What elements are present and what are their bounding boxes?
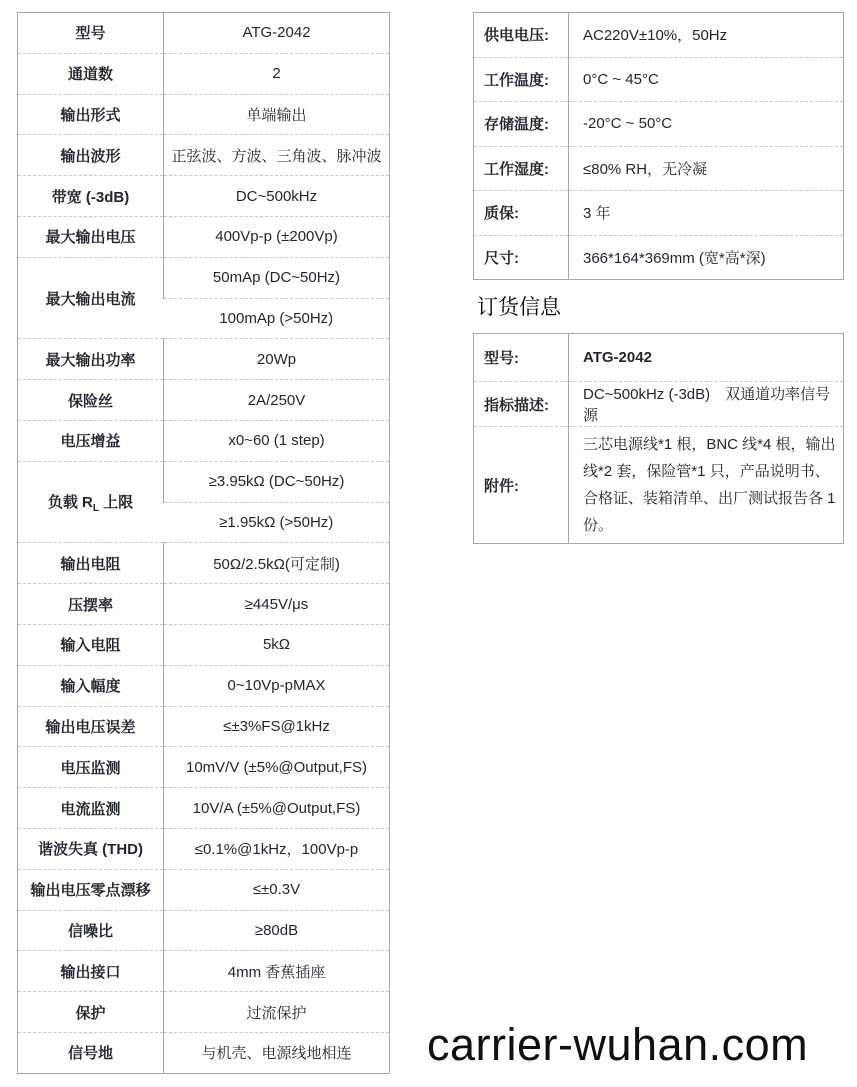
table-row: 尺寸: 366*164*369mm (宽*高*深) — [474, 235, 844, 280]
spec-label-current-monitor: 电流监测 — [18, 788, 164, 829]
load-label-pre: 负载 R — [48, 494, 93, 511]
spec-value-output-connector: 4mm 香蕉插座 — [164, 951, 390, 992]
spec-label-protection: 保护 — [18, 992, 164, 1033]
spec-value-max-power: 20Wp — [164, 339, 390, 380]
spec-value-model: ATG-2042 — [164, 13, 390, 54]
spec-value-zero-drift: ≤±0.3V — [164, 869, 390, 910]
spec-label-voltage-gain: 电压增益 — [18, 420, 164, 461]
table-row: 工作温度: 0°C ~ 45°C — [474, 57, 844, 102]
spec-value-waveforms: 正弦波、方波、三角波、脉冲波 — [164, 135, 390, 176]
table-row: 工作湿度: ≤80% RH，无冷凝 — [474, 146, 844, 191]
env-value-dimensions: 366*164*369mm (宽*高*深) — [569, 235, 844, 280]
spec-value-load-limit-1: ≥3.95kΩ (DC~50Hz) — [164, 461, 390, 502]
spec-value-channels: 2 — [164, 53, 390, 94]
table-row: 输出电阻 50Ω/2.5kΩ(可定制) — [18, 543, 390, 584]
table-row: 输出电压零点漂移 ≤±0.3V — [18, 869, 390, 910]
env-label-storage-temp: 存储温度: — [474, 102, 569, 147]
order-value-model: ATG-2042 — [569, 334, 844, 382]
env-value-operating-temp: 0°C ~ 45°C — [569, 57, 844, 102]
table-row: 保险丝 2A/250V — [18, 380, 390, 421]
spec-value-load-limit-2: ≥1.95kΩ (>50Hz) — [164, 502, 390, 543]
spec-value-bandwidth: DC~500kHz — [164, 176, 390, 217]
table-row: 输出波形 正弦波、方波、三角波、脉冲波 — [18, 135, 390, 176]
table-row: 型号 ATG-2042 — [18, 13, 390, 54]
table-row: 附件: 三芯电源线*1 根，BNC 线*4 根，输出线*2 套，保险管*1 只，… — [474, 427, 844, 544]
spec-value-thd: ≤0.1%@1kHz，100Vp-p — [164, 828, 390, 869]
table-row: 负载 RL 上限 ≥3.95kΩ (DC~50Hz) — [18, 461, 390, 502]
table-row: 保护 过流保护 — [18, 992, 390, 1033]
spec-label-slew-rate: 压摆率 — [18, 584, 164, 625]
table-row: 供电电压: AC220V±10%，50Hz — [474, 13, 844, 58]
env-label-supply-voltage: 供电电压: — [474, 13, 569, 58]
table-row: 电流监测 10V/A (±5%@Output,FS) — [18, 788, 390, 829]
env-value-humidity: ≤80% RH，无冷凝 — [569, 146, 844, 191]
spec-label-input-resistance: 输入电阻 — [18, 624, 164, 665]
table-row: 输出形式 单端输出 — [18, 94, 390, 135]
table-row: 输入幅度 0~10Vp-pMAX — [18, 665, 390, 706]
spec-label-channels: 通道数 — [18, 53, 164, 94]
table-row: 存储温度: -20°C ~ 50°C — [474, 102, 844, 147]
env-value-supply-voltage: AC220V±10%，50Hz — [569, 13, 844, 58]
spec-value-voltage-error: ≤±3%FS@1kHz — [164, 706, 390, 747]
load-label-post: 上限 — [99, 494, 133, 511]
table-row: 电压增益 x0~60 (1 step) — [18, 420, 390, 461]
spec-label-output-form: 输出形式 — [18, 94, 164, 135]
table-row: 输出电压误差 ≤±3%FS@1kHz — [18, 706, 390, 747]
spec-table: 型号 ATG-2042 通道数 2 输出形式 单端输出 输出波形 正弦波、方波、… — [17, 12, 390, 1074]
ordering-table: 型号: ATG-2042 指标描述: DC~500kHz (-3dB) 双通道功… — [473, 333, 844, 544]
spec-label-signal-ground: 信号地 — [18, 1032, 164, 1073]
table-row: 输入电阻 5kΩ — [18, 624, 390, 665]
env-value-warranty: 3 年 — [569, 191, 844, 236]
spec-label-zero-drift: 输出电压零点漂移 — [18, 869, 164, 910]
spec-label-max-current: 最大输出电流 — [18, 257, 164, 339]
table-row: 通道数 2 — [18, 53, 390, 94]
spec-label-fuse: 保险丝 — [18, 380, 164, 421]
table-row: 压摆率 ≥445V/μs — [18, 584, 390, 625]
spec-value-fuse: 2A/250V — [164, 380, 390, 421]
table-row: 输出接口 4mm 香蕉插座 — [18, 951, 390, 992]
spec-label-input-amplitude: 输入幅度 — [18, 665, 164, 706]
spec-value-max-current-2: 100mAp (>50Hz) — [164, 298, 390, 339]
spec-label-snr: 信噪比 — [18, 910, 164, 951]
spec-sheet-page: 型号 ATG-2042 通道数 2 输出形式 单端输出 输出波形 正弦波、方波、… — [0, 0, 857, 1087]
table-row: 带宽 (-3dB) DC~500kHz — [18, 176, 390, 217]
spec-value-signal-ground: 与机壳、电源线地相连 — [164, 1032, 390, 1073]
env-label-humidity: 工作湿度: — [474, 146, 569, 191]
table-row: 质保: 3 年 — [474, 191, 844, 236]
spec-value-max-voltage: 400Vp-p (±200Vp) — [164, 216, 390, 257]
table-row: 最大输出功率 20Wp — [18, 339, 390, 380]
spec-value-output-resistance: 50Ω/2.5kΩ(可定制) — [164, 543, 390, 584]
spec-value-output-form: 单端输出 — [164, 94, 390, 135]
spec-value-protection: 过流保护 — [164, 992, 390, 1033]
table-row: 信号地 与机壳、电源线地相连 — [18, 1032, 390, 1073]
spec-label-voltage-error: 输出电压误差 — [18, 706, 164, 747]
order-label-accessories: 附件: — [474, 427, 569, 544]
spec-value-input-resistance: 5kΩ — [164, 624, 390, 665]
env-label-operating-temp: 工作温度: — [474, 57, 569, 102]
spec-label-model: 型号 — [18, 13, 164, 54]
spec-value-snr: ≥80dB — [164, 910, 390, 951]
table-row: 型号: ATG-2042 — [474, 334, 844, 382]
table-row: 谐波失真 (THD) ≤0.1%@1kHz，100Vp-p — [18, 828, 390, 869]
spec-value-voltage-monitor: 10mV/V (±5%@Output,FS) — [164, 747, 390, 788]
spec-value-max-current-1: 50mAp (DC~50Hz) — [164, 257, 390, 298]
order-label-model: 型号: — [474, 334, 569, 382]
table-row: 指标描述: DC~500kHz (-3dB) 双通道功率信号源 — [474, 382, 844, 427]
spec-label-output-resistance: 输出电阻 — [18, 543, 164, 584]
spec-label-thd: 谐波失真 (THD) — [18, 828, 164, 869]
spec-label-voltage-monitor: 电压监测 — [18, 747, 164, 788]
order-value-description: DC~500kHz (-3dB) 双通道功率信号源 — [569, 382, 844, 427]
spec-value-voltage-gain: x0~60 (1 step) — [164, 420, 390, 461]
env-table: 供电电压: AC220V±10%，50Hz 工作温度: 0°C ~ 45°C 存… — [473, 12, 844, 280]
spec-label-max-voltage: 最大输出电压 — [18, 216, 164, 257]
env-label-dimensions: 尺寸: — [474, 235, 569, 280]
ordering-info-title: 订货信息 — [477, 291, 561, 321]
env-value-storage-temp: -20°C ~ 50°C — [569, 102, 844, 147]
env-label-warranty: 质保: — [474, 191, 569, 236]
spec-label-waveforms: 输出波形 — [18, 135, 164, 176]
order-value-accessories: 三芯电源线*1 根，BNC 线*4 根，输出线*2 套，保险管*1 只，产品说明… — [569, 427, 844, 544]
table-row: 电压监测 10mV/V (±5%@Output,FS) — [18, 747, 390, 788]
table-row: 最大输出电压 400Vp-p (±200Vp) — [18, 216, 390, 257]
table-row: 信噪比 ≥80dB — [18, 910, 390, 951]
spec-label-bandwidth: 带宽 (-3dB) — [18, 176, 164, 217]
watermark-text: carrier-wuhan.com — [427, 1019, 808, 1071]
spec-value-input-amplitude: 0~10Vp-pMAX — [164, 665, 390, 706]
spec-label-load-limit: 负载 RL 上限 — [18, 461, 164, 543]
spec-label-output-connector: 输出接口 — [18, 951, 164, 992]
spec-value-current-monitor: 10V/A (±5%@Output,FS) — [164, 788, 390, 829]
table-row: 最大输出电流 50mAp (DC~50Hz) — [18, 257, 390, 298]
order-label-description: 指标描述: — [474, 382, 569, 427]
spec-label-max-power: 最大输出功率 — [18, 339, 164, 380]
spec-value-slew-rate: ≥445V/μs — [164, 584, 390, 625]
